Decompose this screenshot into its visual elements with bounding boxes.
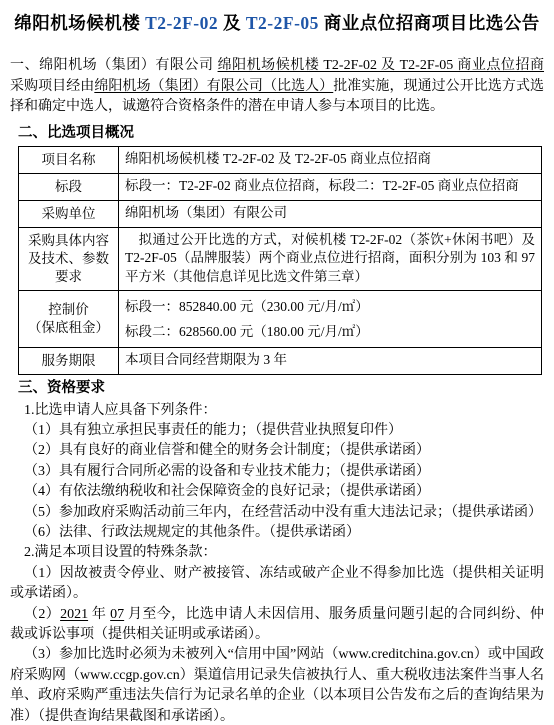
row-label: 采购具体内容 及技术、参数 要求 xyxy=(19,227,119,290)
qual-special-1: （1）因故被责令停业、财产被接管、冻结或破产企业不得参加比选（提供相关证明或承诺… xyxy=(10,564,544,605)
title-text-3: 商业点位招商项目比选公告 xyxy=(319,13,540,33)
row-value: 绵阳机场（集团）有限公司 xyxy=(119,200,542,227)
special2-month-underlined: 07 xyxy=(110,607,124,622)
row-label: 控制价 （保底租金） xyxy=(19,290,119,347)
overview-table: 项目名称 绵阳机场候机楼 T2-2F-02 及 T2-2F-05 商业点位招商 … xyxy=(18,146,542,375)
row-label: 标段 xyxy=(19,173,119,200)
qual-condition-6: （6）法律、行政法规规定的其他条件。（提供承诺函） xyxy=(10,523,544,543)
intro-paragraph: 一、绵阳机场（集团）有限公司 绵阳机场候机楼 T2-2F-02 及 T2-2F-… xyxy=(10,56,544,118)
title-code-t2-2f-02: T2-2F-02 xyxy=(145,13,218,33)
qualifications-section: 1.比选申请人应具备下列条件： （1）具有独立承担民事责任的能力；（提供营业执照… xyxy=(10,401,544,725)
row-value: 标段一：852840.00 元（230.00 元/月/㎡） 标段二：628560… xyxy=(119,290,542,347)
row-label: 服务期限 xyxy=(19,347,119,374)
row-value: 标段一：T2-2F-02 商业点位招商，标段二：T2-2F-05 商业点位招商 xyxy=(119,173,542,200)
title-text-1: 绵阳机场候机楼 xyxy=(14,13,145,33)
title-text-2: 及 xyxy=(218,13,246,33)
table-row-content-requirements: 采购具体内容 及技术、参数 要求 拟通过公开比选的方式，对候机楼 T2-2F-0… xyxy=(19,227,542,290)
row-value: 绵阳机场候机楼 T2-2F-02 及 T2-2F-05 商业点位招商 xyxy=(119,146,542,173)
table-row-service-period: 服务期限 本项目合同经营期限为 3 年 xyxy=(19,347,542,374)
intro-text-2: 采购项目经由 xyxy=(10,79,94,94)
qual-special-2: （2）2021 年 07 月至今，比选申请人未因信用、服务质量问题引起的合同纠纷… xyxy=(10,605,544,646)
table-row-control-price: 控制价 （保底租金） 标段一：852840.00 元（230.00 元/月/㎡）… xyxy=(19,290,542,347)
page-title: 绵阳机场候机楼 T2-2F-02 及 T2-2F-05 商业点位招商项目比选公告 xyxy=(10,10,544,36)
qual-condition-1: （1）具有独立承担民事责任的能力；（提供营业执照复印件） xyxy=(10,421,544,441)
table-row-project-name: 项目名称 绵阳机场候机楼 T2-2F-02 及 T2-2F-05 商业点位招商 xyxy=(19,146,542,173)
section-heading-overview: 二、比选项目概况 xyxy=(18,123,544,143)
intro-text-1: 一、绵阳机场（集团）有限公司 xyxy=(10,58,218,73)
table-row-sections: 标段 标段一：T2-2F-02 商业点位招商，标段二：T2-2F-05 商业点位… xyxy=(19,173,542,200)
qual-special-3: （3）参加比选时必须为未被列入“信用中国”网站（www.creditchina.… xyxy=(10,645,544,725)
qual-condition-4: （4）有依法缴纳税收和社会保障资金的良好记录；（提供承诺函） xyxy=(10,482,544,502)
intro-underlined-purchaser: 绵阳机场（集团）有限公司（比选人） xyxy=(94,79,333,94)
qual-condition-3: （3）具有履行合同所必需的设备和专业技术能力；（提供承诺函） xyxy=(10,462,544,482)
row-label: 采购单位 xyxy=(19,200,119,227)
qual-intro-1: 1.比选申请人应具备下列条件： xyxy=(10,401,544,421)
qual-condition-2: （2）具有良好的商业信誉和健全的财务会计制度；（提供承诺函） xyxy=(10,441,544,461)
qual-intro-2: 2.满足本项目设置的特殊条款： xyxy=(10,543,544,563)
special2-prefix: （2） xyxy=(24,607,60,622)
section-heading-qualifications: 三、资格要求 xyxy=(18,378,544,398)
title-code-t2-2f-05: T2-2F-05 xyxy=(246,13,319,33)
document-page: 绵阳机场候机楼 T2-2F-02 及 T2-2F-05 商业点位招商项目比选公告… xyxy=(0,0,554,725)
row-label: 项目名称 xyxy=(19,146,119,173)
row-value: 本项目合同经营期限为 3 年 xyxy=(119,347,542,374)
special2-mid: 年 xyxy=(88,607,110,622)
intro-underlined-project-name: 绵阳机场候机楼 T2-2F-02 及 T2-2F-05 商业点位招商 xyxy=(218,58,544,73)
row-value: 拟通过公开比选的方式，对候机楼 T2-2F-02（茶饮+休闲书吧）及 T2-2F… xyxy=(119,227,542,290)
special2-year-underlined: 2021 xyxy=(60,607,88,622)
qual-condition-5: （5）参加政府采购活动前三年内，在经营活动中没有重大违法记录；（提供承诺函） xyxy=(10,503,544,523)
table-row-purchasing-unit: 采购单位 绵阳机场（集团）有限公司 xyxy=(19,200,542,227)
